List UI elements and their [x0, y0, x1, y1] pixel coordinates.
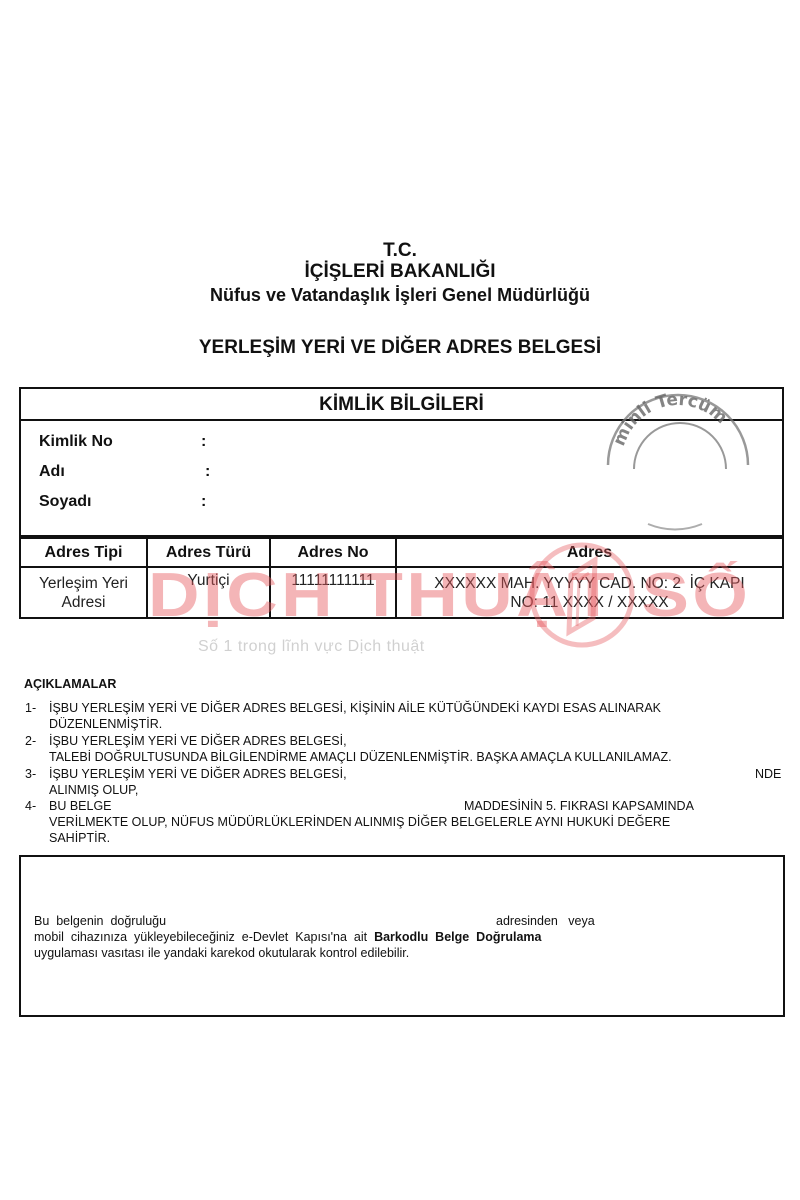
field-label: Adı — [39, 463, 65, 480]
note-line: BU BELGE — [49, 798, 112, 814]
identity-section: KİMLİK BİLGİLERİ Kimlik No : Adı : Soyad… — [19, 387, 784, 537]
note-number: 3- — [25, 766, 36, 782]
header-directorate: Nüfus ve Vatandaşlık İşleri Genel Müdürl… — [0, 285, 800, 306]
address-table: Adres Tipi Adres Türü Adres No Adres Yer… — [19, 537, 784, 619]
verification-line-3: uygulaması vasıtası ile yandaki karekod … — [34, 945, 409, 961]
cell-address-type: Yerleşim Yeri Adresi — [20, 567, 147, 618]
column-header-adres: Adres — [396, 538, 783, 567]
note-line: İŞBU YERLEŞİM YERİ VE DİĞER ADRES BELGES… — [49, 733, 347, 749]
verification-line-1-left: Bu belgenin doğruluğu — [34, 913, 166, 929]
identity-field-kimlik-no: Kimlik No : — [39, 433, 113, 451]
cell-line: XXXXXX MAH. YYYYY CAD. NO: 2 İÇ KAPI — [397, 574, 782, 593]
notes-title: AÇIKLAMALAR — [24, 677, 116, 691]
note-line: İŞBU YERLEŞİM YERİ VE DİĞER ADRES BELGES… — [49, 766, 347, 782]
cell-address: XXXXXX MAH. YYYYY CAD. NO: 2 İÇ KAPI NO:… — [396, 567, 783, 618]
note-line: ALINMIŞ OLUP, — [49, 782, 138, 798]
verification-text: mobil cihazınıza yükleyebileceğiniz e-De… — [34, 930, 374, 944]
cell-address-kind: Yurtiçi — [147, 567, 270, 618]
field-separator: : — [205, 463, 210, 481]
note-line-fragment: NDE — [755, 766, 781, 782]
identity-field-soyadi: Soyadı : — [39, 493, 91, 511]
field-separator: : — [201, 493, 206, 511]
note-line: VERİLMEKTE OLUP, NÜFUS MÜDÜRLÜKLERİNDEN … — [49, 814, 670, 830]
verification-section: Bu belgenin doğruluğu adresinden veya mo… — [19, 855, 785, 1017]
watermark-tagline: Số 1 trong lĩnh vực Dịch thuật — [198, 638, 425, 656]
note-line: İŞBU YERLEŞİM YERİ VE DİĞER ADRES BELGES… — [49, 700, 661, 716]
column-header-adres-tipi: Adres Tipi — [20, 538, 147, 567]
header-tc: T.C. — [0, 240, 800, 262]
cell-line: NO: 11 XXXX / XXXXX — [397, 593, 782, 612]
field-separator: : — [201, 433, 206, 451]
note-number: 4- — [25, 798, 36, 814]
note-number: 1- — [25, 700, 36, 716]
field-label: Soyadı — [39, 493, 91, 510]
note-line: DÜZENLENMİŞTİR. — [49, 716, 162, 732]
identity-field-adi: Adı : — [39, 463, 65, 481]
note-number: 2- — [25, 733, 36, 749]
document-title: YERLEŞİM YERİ VE DİĞER ADRES BELGESİ — [0, 337, 800, 359]
cell-address-number: 11111111111 — [270, 567, 396, 618]
verification-app-name: Barkodlu Belge Doğrulama — [374, 930, 541, 944]
note-line-fragment: MADDESİNİN 5. FIKRASI KAPSAMINDA — [464, 798, 694, 814]
column-header-adres-turu: Adres Türü — [147, 538, 270, 567]
note-line: SAHİPTİR. — [49, 830, 110, 846]
header-ministry: İÇİŞLERİ BAKANLIĞI — [0, 261, 800, 283]
identity-heading: KİMLİK BİLGİLERİ — [21, 389, 782, 421]
verification-line-1-right: adresinden veya — [496, 913, 595, 929]
cell-line: Adresi — [21, 593, 146, 612]
cell-line: Yerleşim Yeri — [21, 574, 146, 593]
field-label: Kimlik No — [39, 433, 113, 450]
address-table-header: Adres Tipi Adres Türü Adres No Adres — [20, 538, 783, 567]
note-line: TALEBİ DOĞRULTUSUNDA BİLGİLENDİRME AMAÇL… — [49, 749, 672, 765]
column-header-adres-no: Adres No — [270, 538, 396, 567]
verification-line-2: mobil cihazınıza yükleyebileceğiniz e-De… — [34, 929, 541, 945]
table-row: Yerleşim Yeri Adresi Yurtiçi 11111111111… — [20, 567, 783, 618]
